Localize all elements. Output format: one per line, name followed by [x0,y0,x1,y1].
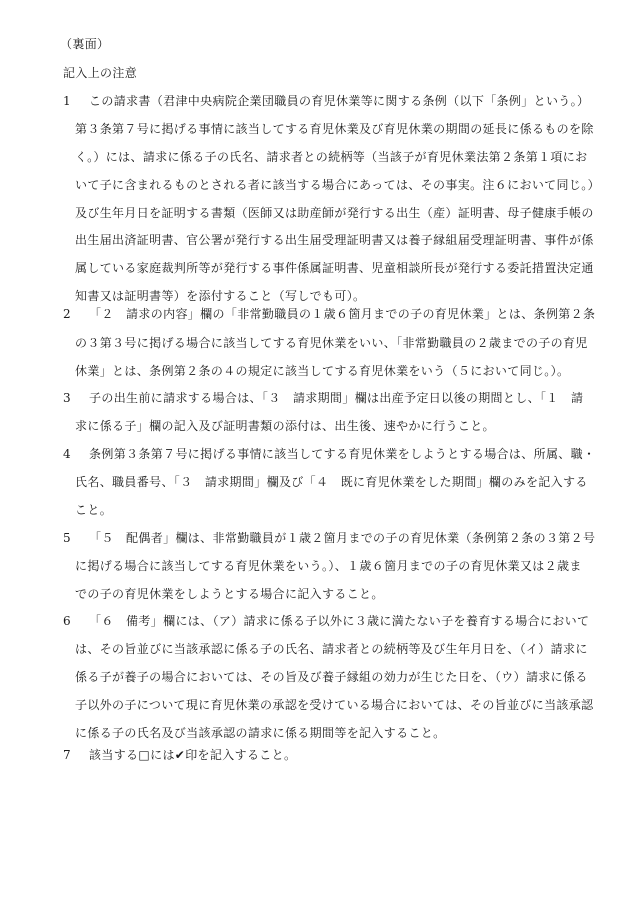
note-line: 子以外の子について現に育児休業の承認を受けている場合においては、その旨並びに当該… [75,698,593,712]
note-line: 氏名、職員番号、「３ 請求期間」欄及び「４ 既に育児休業をした期間」欄のみを記入… [75,475,588,489]
note-number: 7 [63,748,89,762]
note-line: いて子に含まれるものとされる者に該当する場合にあっては、その事実。注６において同… [75,178,600,192]
document-page: （裏面） 記入上の注意 1この請求書（君津中央病院企業団職員の育児休業等に関する… [0,0,630,903]
note-line: の３第３号に掲げる場合に該当してする育児休業をいい、「非常勤職員の２歳までの子の… [75,336,588,350]
note-number: 6 [63,614,89,628]
note-line: 属している家庭裁判所等が発行する事件係属証明書、児童相談所長が発行する委託措置決… [75,261,594,275]
note-line: 「２ 請求の内容」欄の「非常勤職員の１歳６箇月までの子の育児休業」とは、条例第２… [89,307,595,321]
note-line: に掲げる場合に該当してする育児休業をいう。）、１歳６箇月までの子の育児休業又は２… [75,559,582,573]
note-line: 及び生年月日を証明する書類（医師又は助産師が発行する出生（産）証明書、母子健康手… [75,206,594,220]
note-line: 第３条第７号に掲げる事情に該当してする育児休業及び育児休業の期間の延長に係るもの… [75,122,594,136]
page-heading: 記入上の注意 [63,66,137,80]
note-number: 5 [63,531,89,545]
note-line: 該当する□には✔印を記入すること。 [89,748,296,762]
note-line: 求に係る子」欄の記入及び証明書類の添付は、出生後、速やかに行うこと。 [75,419,495,433]
note-line: こと。 [75,503,112,517]
note-line: 「５ 配偶者」欄は、非常勤職員が１歳２箇月までの子の育児休業（条例第２条の３第２… [89,531,595,545]
note-number: 2 [63,307,89,321]
note-line: 休業」とは、条例第２条の４の規定に該当してする育児休業をいう（５において同じ。）… [75,364,569,378]
note-line: 子の出生前に請求する場合は、「３ 請求期間」欄は出産予定日以後の期間とし、「１ … [89,391,583,405]
note-line: く。）には、請求に係る子の氏名、請求者との続柄等（当該子が育児休業法第２条第１項… [75,150,587,164]
note-line: での子の育児休業をしようとする場合に記入すること。 [75,587,384,601]
note-line: 「６ 備考」欄には、（ア）請求に係る子以外に３歳に満たない子を養育する場合におい… [89,614,589,628]
note-line: 係る子が養子の場合においては、その旨及び養子縁組の効力が生じた日を、（ウ）請求に… [75,670,588,684]
note-line: この請求書（君津中央病院企業団職員の育児休業等に関する条例（以下「条例」という。… [89,94,589,108]
note-number: 4 [63,447,89,461]
note-number: 1 [63,94,89,108]
note-line: 条例第３条第７号に掲げる事情に該当してする育児休業をしようとする場合は、所属、職… [89,447,595,461]
side-label: （裏面） [60,37,109,51]
note-line: に係る子の氏名及び当該承認の請求に係る期間等を記入すること。 [75,726,446,740]
note-line: 知書又は証明書等）を添付すること（写しでも可）。 [75,289,365,303]
note-number: 3 [63,391,89,405]
note-line: 出生届出済証明書、官公署が発行する出生届受理証明書又は養子縁組届受理証明書、事件… [75,233,594,247]
note-line: は、その旨並びに当該承認に係る子の氏名、請求者との続柄等及び生年月日を、（イ）請… [75,642,588,656]
